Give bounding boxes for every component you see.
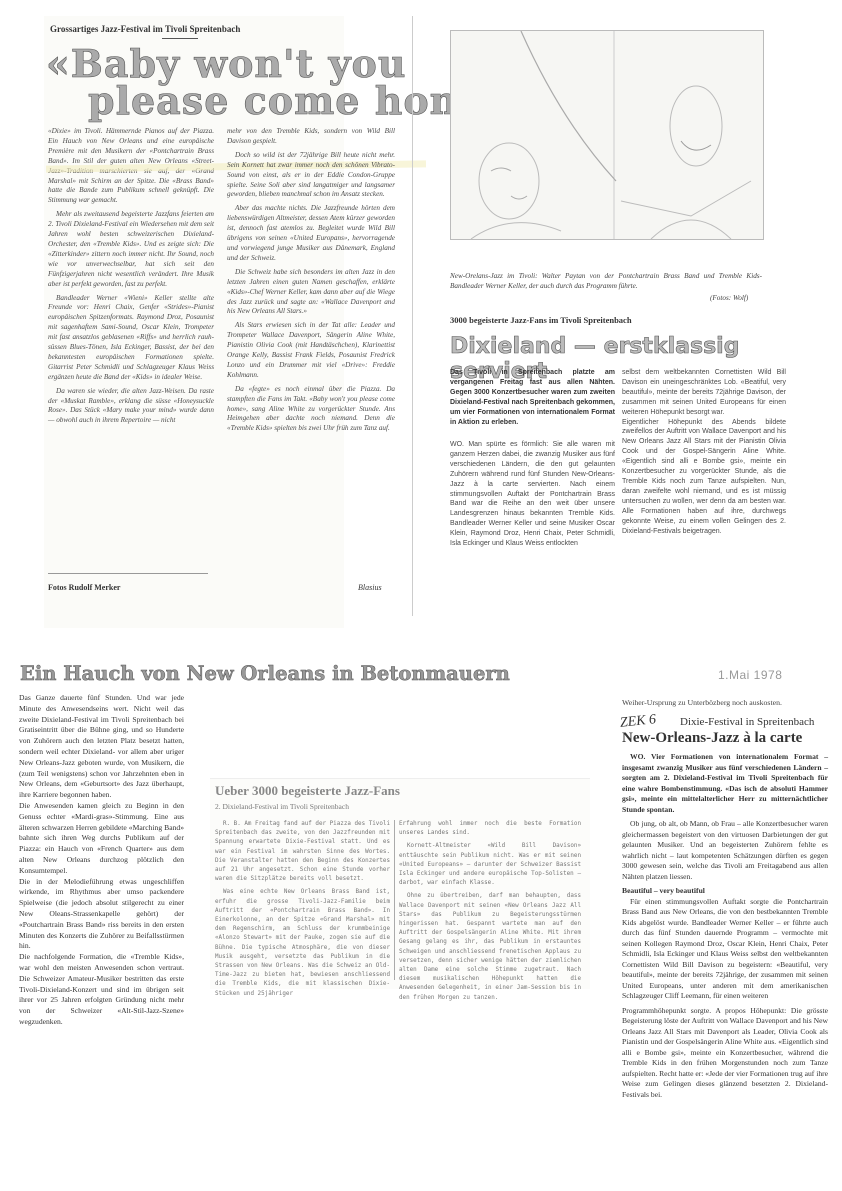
clip5-previous-article-line: Weiher-Ursprung zu Unterbözberg noch aus… — [622, 698, 782, 707]
paragraph: Die Anwesenden kamen gleich zu Beginn in… — [19, 801, 184, 877]
clip2-column-1: WO. Man spürte es förmlich: Sie alle war… — [450, 440, 615, 553]
paragraph: WO. Vier Formationen von internationalem… — [622, 752, 828, 815]
clip2-photo-caption: New-Orelans-Jazz im Tivoli: Walter Payta… — [450, 271, 762, 291]
clip1-kicker: Grossartiges Jazz-Festival im Tivoli Spr… — [50, 24, 240, 34]
caption-text: New-Orelans-Jazz im Tivoli: Walter Payta… — [450, 272, 762, 290]
paragraph: Bandleader Werner «Wieni» Keller stellte… — [48, 294, 214, 383]
clip4-kicker: 2. Dixieland-Festival im Tivoli Spreiten… — [215, 802, 349, 811]
subheading: Beautiful – very beautiful — [622, 886, 828, 897]
paragraph: Da waren sie wieder, die alten Jazz-Weis… — [48, 387, 214, 427]
paragraph: Was eine echte New Orleans Brass Band is… — [215, 888, 390, 998]
column-divider — [48, 573, 208, 574]
clip1-byline: Blasius — [358, 583, 382, 592]
paragraph: mehr von den Tremble Kids, sondern von W… — [227, 127, 395, 147]
clip4-column-1: R. B. Am Freitag fand auf der Piazza des… — [215, 820, 390, 1003]
paragraph: Doch so wild ist der 72jährige Bill heut… — [227, 151, 395, 201]
paragraph: selbst dem weltbekannten Cornettisten Wi… — [622, 368, 786, 418]
paragraph: Ohne zu übertreiben, darf man behaupten,… — [399, 892, 581, 1002]
column-divider — [394, 820, 395, 980]
clip1-column-1: «Dixie» im Tivoli. Hämmernde Pianos auf … — [48, 127, 214, 430]
clip5-body: WO. Vier Formationen von internationalem… — [622, 752, 828, 1104]
paragraph: Das Ganze dauerte fünf Stunden. Und war … — [19, 693, 184, 801]
clip5-kicker: Dixie-Festival in Spreitenbach — [680, 716, 814, 728]
photo-sketch-icon — [451, 31, 763, 239]
kicker-underline — [162, 38, 198, 39]
clip4-column-2: Erfahrung wohl immer noch die beste Form… — [399, 820, 581, 1007]
clip2-lead: Das Tivoli in Spreitenbach platzte am ve… — [450, 368, 615, 431]
clip3-headline: Ein Hauch von New Orleans in Betonmauern — [20, 662, 510, 685]
paragraph: Das Tivoli in Spreitenbach platzte am ve… — [450, 368, 615, 427]
clip1-column-2: mehr von den Tremble Kids, sondern von W… — [227, 127, 395, 438]
clip2-column-2: selbst dem weltbekannten Cornettisten Wi… — [622, 368, 786, 540]
paragraph: Erfahrung wohl immer noch die beste Form… — [399, 820, 581, 838]
paragraph: R. B. Am Freitag fand auf der Piazza des… — [215, 820, 390, 884]
paragraph: Ob jung, ob alt, ob Mann, ob Frau – alle… — [622, 819, 828, 882]
paragraph: Mehr als zweitausend begeisterte Jazzfan… — [48, 210, 214, 289]
handwritten-note: ZEK 6 — [619, 712, 657, 732]
paragraph: Eigentlicher Höhepunkt des Abends bildet… — [622, 418, 786, 537]
paragraph: WO. Man spürte es förmlich: Sie alle war… — [450, 440, 615, 549]
paragraph: Die nachfolgende Formation, die «Tremble… — [19, 952, 184, 1028]
paragraph: Als Stars erwiesen sich in der Tat alle:… — [227, 321, 395, 380]
clip5-headline: New-Orleans-Jazz à la carte — [622, 730, 802, 747]
clip2-photo-credit: (Fotos: Wolf) — [710, 293, 748, 303]
paragraph: Aber das machte nichts. Die Jazzfreunde … — [227, 204, 395, 263]
paragraph: Da «fegte» es noch einmal über die Piazz… — [227, 385, 395, 435]
clip-edge — [412, 16, 413, 616]
clip2-kicker: 3000 begeisterte Jazz-Fans im Tivoli Spr… — [450, 315, 632, 325]
clip1-photo-credit: Fotos Rudolf Merker — [48, 583, 120, 592]
paragraph: Für einen stimmungsvollen Auftakt sorgte… — [622, 897, 828, 1002]
paragraph: Programmhöhepunkt sorgte. A propos Höhep… — [622, 1006, 828, 1101]
paragraph: Die Schweiz habe sich besonders im alten… — [227, 268, 395, 318]
date-stamp: 1.Mai 1978 — [718, 668, 782, 682]
clip3-column: Das Ganze dauerte fünf Stunden. Und war … — [19, 693, 184, 1028]
photo-jazz-musicians — [450, 30, 764, 240]
paragraph: Die in der Melodieführung etwas ungeschl… — [19, 877, 184, 953]
clip4-headline: Ueber 3000 begeisterte Jazz-Fans — [215, 783, 400, 799]
paragraph: Kornett-Altmeister «Wild Bill Davison» e… — [399, 842, 581, 888]
